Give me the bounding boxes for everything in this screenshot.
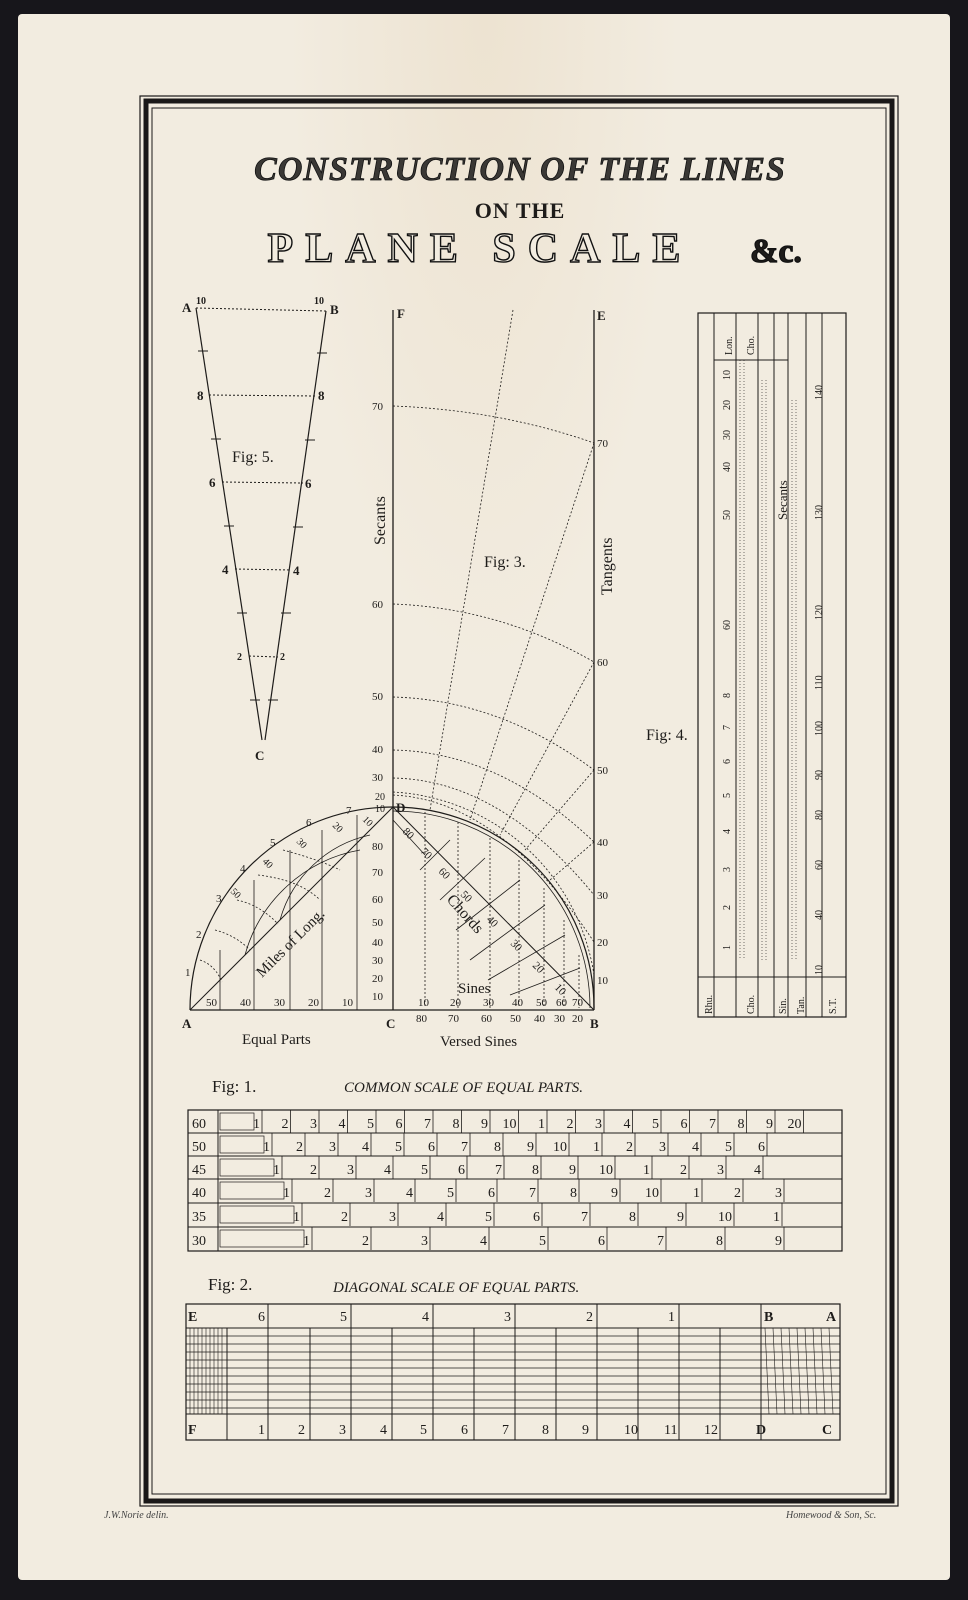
fig1-row-subdivision <box>220 1136 264 1153</box>
fig5-tick: 6 <box>209 475 216 490</box>
fig5-vertex-b: B <box>330 302 339 317</box>
fig1-row-mark: 6 <box>681 1117 688 1132</box>
fig1-row-mark: 1 <box>643 1163 650 1178</box>
fig2-label-a: A <box>826 1310 837 1325</box>
fig5-tick: 2 <box>280 652 285 663</box>
miles-tick: 40 <box>260 856 275 871</box>
chord-tick: 10 <box>552 982 569 999</box>
fig1-row-mark: 7 <box>529 1186 536 1201</box>
fig1-row-mark: 10 <box>718 1210 732 1225</box>
miles-tick: 20 <box>330 820 345 835</box>
fig1-row-scale: 60 <box>192 1117 206 1132</box>
title-line-1: CONSTRUCTION OF THE LINES <box>254 151 786 188</box>
sines-tick: 70 <box>572 997 584 1009</box>
vertical-tick: 70 <box>372 867 384 879</box>
equal-parts-tick: 10 <box>342 997 354 1009</box>
fig1-row-mark: 6 <box>488 1186 495 1201</box>
fig5-tick: 8 <box>197 388 204 403</box>
fig2-bottom-mark: 8 <box>542 1423 549 1438</box>
fig2-caption: DIAGONAL SCALE OF EQUAL PARTS. <box>332 1280 579 1296</box>
fig5-tick: 6 <box>305 476 312 491</box>
fig1-row-mark: 8 <box>494 1140 501 1155</box>
fig4-footer-tan: Tan. <box>796 997 807 1014</box>
fig1-label: Fig: 1. <box>212 1077 256 1096</box>
versed-tick: 30 <box>554 1013 566 1025</box>
fig1-row-scale: 40 <box>192 1186 206 1201</box>
fig1-row-mark: 4 <box>339 1117 346 1132</box>
fig1-row-mark: 8 <box>629 1210 636 1225</box>
fig2-top-mark: 6 <box>258 1310 265 1325</box>
tangent-tick: 60 <box>597 657 609 669</box>
fig4-lon-tick: 50 <box>722 510 733 520</box>
secants-title: Secants <box>372 496 389 545</box>
fig4-lon-tick: 60 <box>722 620 733 630</box>
fig2-bottom-mark: 4 <box>380 1423 387 1438</box>
fig1-row-mark: 6 <box>758 1140 765 1155</box>
fig1-row-mark: 8 <box>570 1186 577 1201</box>
vertical-tick: 50 <box>372 917 384 929</box>
fig4-footer-rhu: Rhu. <box>704 995 715 1014</box>
versed-tick: 50 <box>510 1013 522 1025</box>
fig5-tick: 2 <box>237 652 242 663</box>
fig2-bottom-mark: 5 <box>420 1423 427 1438</box>
miles-of-long-label: Miles of Long. <box>254 906 329 981</box>
fig1-row-mark: 8 <box>532 1163 539 1178</box>
vertical-tick: 10 <box>372 991 384 1003</box>
fig4-footer-sin: Sin. <box>778 998 789 1014</box>
fig2-bottom-mark: 2 <box>298 1423 305 1438</box>
fig4-st-tick: 110 <box>814 675 825 690</box>
fig2-label-c: C <box>822 1423 832 1438</box>
fig5-tick: 4 <box>293 563 300 578</box>
fig1-row-mark: 3 <box>310 1117 317 1132</box>
point-d: D <box>396 800 405 815</box>
fig1-row-mark: 1 <box>593 1140 600 1155</box>
fig1-row-mark: 4 <box>480 1234 487 1249</box>
fig4-lon-tick: 30 <box>722 430 733 440</box>
fig2-top-mark: 3 <box>504 1310 511 1325</box>
fig4-rhumb-tick: 6 <box>722 759 733 764</box>
title-etc: &c. <box>750 233 802 270</box>
fig1-row-subdivision <box>220 1230 304 1247</box>
fig4-st-tick: 120 <box>814 605 825 620</box>
equal-parts-tick: 50 <box>206 997 218 1009</box>
fig1-row-mark: 7 <box>581 1210 588 1225</box>
fig1-row-mark: 2 <box>282 1117 289 1132</box>
rhumb-tick: 2 <box>196 929 202 941</box>
fig5-label: Fig: 5. <box>232 449 274 466</box>
chord-tick: 40 <box>484 914 501 931</box>
fig4-lon-tick: 40 <box>722 462 733 472</box>
fig1-row-mark: 4 <box>406 1186 413 1201</box>
rhumb-tick: 6 <box>306 817 312 829</box>
fig4-st-tick: 90 <box>814 770 825 780</box>
fig4-rhumb-tick: 7 <box>722 725 733 730</box>
fig2-bottom-mark: 10 <box>624 1423 638 1438</box>
fig1-row-mark: 9 <box>569 1163 576 1178</box>
fig1-row-mark: 9 <box>766 1117 773 1132</box>
fig2-label-b: B <box>764 1310 773 1325</box>
fig4-label: Fig: 4. <box>646 727 688 744</box>
fig4-footer-st: S.T. <box>828 998 839 1014</box>
fig2-top-mark: 1 <box>668 1310 675 1325</box>
fig1-row-mark: 1 <box>538 1117 545 1132</box>
sines-tick: 40 <box>512 997 524 1009</box>
fig2-top-mark: 5 <box>340 1310 347 1325</box>
fig2-bottom-mark: 7 <box>502 1423 509 1438</box>
fig1-row-mark: 3 <box>389 1210 396 1225</box>
fig4-rhumb-tick: 5 <box>722 793 733 798</box>
fig1-row-mark: 4 <box>624 1117 631 1132</box>
fig1-row-mark: 2 <box>680 1163 687 1178</box>
fig1-row-mark: 9 <box>775 1234 782 1249</box>
fig1-row-subdivision <box>220 1206 294 1223</box>
fig1-row-mark: 1 <box>263 1140 270 1155</box>
tangents-title: Tangents <box>599 537 616 595</box>
fig2-bottom-mark: 9 <box>582 1423 589 1438</box>
fig1-row-scale: 45 <box>192 1163 206 1178</box>
fig1-row-mark: 3 <box>717 1163 724 1178</box>
fig3-lines <box>190 310 594 1010</box>
fig1-row-mark: 10 <box>503 1117 517 1132</box>
fig1-row-mark: 2 <box>310 1163 317 1178</box>
fig4-labels: Fig: 4. Lon. Cho. Rhu. Cho. Sin. Tan. S.… <box>646 336 839 1014</box>
fig2-header: Fig: 2. DIAGONAL SCALE OF EQUAL PARTS. <box>208 1275 579 1296</box>
chord-tick: 60 <box>436 866 453 883</box>
fig2-top-mark: 2 <box>586 1310 593 1325</box>
fig1-row-mark: 1 <box>773 1210 780 1225</box>
fig2-bottom-mark: 1 <box>258 1423 265 1438</box>
fig2-top-mark: 4 <box>422 1310 429 1325</box>
fig1-row-mark: 2 <box>567 1117 574 1132</box>
fig4-lon-tick: 20 <box>722 400 733 410</box>
fig1-row-mark: 5 <box>725 1140 732 1155</box>
fig1-row-mark: 5 <box>652 1117 659 1132</box>
fig2-label-e: E <box>188 1310 197 1325</box>
fig1-row-mark: 1 <box>693 1186 700 1201</box>
vertical-tick: 80 <box>372 841 384 853</box>
fig1-row-mark: 6 <box>533 1210 540 1225</box>
fig2-labels: E 6 5 4 3 2 1 B A F 1 2 3 4 5 6 7 8 9 10… <box>188 1310 837 1438</box>
fig1-row-mark: 1 <box>253 1117 260 1132</box>
fig5-tick: 4 <box>222 562 229 577</box>
fig4-st-tick: 100 <box>814 721 825 736</box>
fig5-tick: 10 <box>196 296 206 307</box>
fig1-row-mark: 9 <box>481 1117 488 1132</box>
rhumb-tick: 3 <box>216 893 222 905</box>
tangent-tick: 40 <box>597 837 609 849</box>
fig1-row-subdivision <box>220 1159 274 1176</box>
fig5-labels: A B C 10 10 8 8 6 6 4 4 2 2 Fig: 5. <box>182 296 339 763</box>
miles-tick: 30 <box>294 836 309 851</box>
fig2-grid <box>186 1304 840 1440</box>
fig5-vertex-c: C <box>255 748 264 763</box>
sines-tick: 60 <box>556 997 568 1009</box>
fig1-row-mark: 2 <box>324 1186 331 1201</box>
fig1-row-mark: 6 <box>598 1234 605 1249</box>
fig1-row-mark: 9 <box>527 1140 534 1155</box>
fig1-caption: COMMON SCALE OF EQUAL PARTS. <box>344 1080 583 1096</box>
fig1-row-mark: 2 <box>362 1234 369 1249</box>
fig1-row-scale: 30 <box>192 1234 206 1249</box>
fig1-row-mark: 6 <box>396 1117 403 1132</box>
fig1-row-mark: 9 <box>611 1186 618 1201</box>
fig1-row-mark: 4 <box>384 1163 391 1178</box>
fig1-header: Fig: 1. COMMON SCALE OF EQUAL PARTS. <box>212 1077 583 1096</box>
fig1-rows: 6012345678910123456789205012345678910123… <box>192 1110 804 1250</box>
tangent-tick: 20 <box>597 937 609 949</box>
fig4-st-tick: 10 <box>814 965 825 975</box>
vertical-tick: 20 <box>372 973 384 985</box>
plate-title: CONSTRUCTION OF THE LINES ON THE PLANE S… <box>254 151 802 272</box>
fig4-rhumb-tick: 4 <box>722 829 733 834</box>
fig1-row-mark: 7 <box>495 1163 502 1178</box>
fig1-row-mark: 10 <box>599 1163 613 1178</box>
credit-engraver: Homewood & Son, Sc. <box>786 1510 876 1521</box>
versed-tick: 70 <box>448 1013 460 1025</box>
fig3-labels: F E Fig: 3. Secants Tangents 70 60 50 40… <box>182 306 616 1050</box>
versed-sines-label: Versed Sines <box>440 1034 517 1050</box>
vertical-tick: 40 <box>372 937 384 949</box>
fig1-row-mark: 5 <box>539 1234 546 1249</box>
fig5-vertex-a: A <box>182 300 192 315</box>
secant-tick: 20 <box>375 792 385 803</box>
secant-tick: 10 <box>375 804 385 815</box>
fig2-label: Fig: 2. <box>208 1275 252 1294</box>
point-c: C <box>386 1016 395 1031</box>
fig3-label: Fig: 3. <box>484 554 526 571</box>
rhumb-tick: 5 <box>270 837 276 849</box>
versed-tick: 20 <box>572 1013 584 1025</box>
fig3-label-e: E <box>597 308 606 323</box>
tangent-tick: 70 <box>597 438 609 450</box>
title-line-2: ON THE <box>475 198 566 223</box>
fig1-row-mark: 20 <box>788 1117 802 1132</box>
fig1-row-mark: 10 <box>553 1140 567 1155</box>
fig1-row-mark: 5 <box>395 1140 402 1155</box>
tangent-tick: 50 <box>597 765 609 777</box>
title-line-3: PLANE SCALE <box>268 226 693 272</box>
fig1-row-scale: 35 <box>192 1210 206 1225</box>
vertical-tick: 30 <box>372 955 384 967</box>
fig1-row-mark: 3 <box>595 1117 602 1132</box>
fig5-sector <box>196 308 327 740</box>
fig1-row-mark: 8 <box>738 1117 745 1132</box>
fig4-header-cho: Cho. <box>746 336 757 355</box>
fig1-row-mark: 2 <box>734 1186 741 1201</box>
fig1-row-mark: 7 <box>709 1117 716 1132</box>
versed-tick: 60 <box>481 1013 493 1025</box>
point-a: A <box>182 1016 192 1031</box>
fig1-row-mark: 7 <box>424 1117 431 1132</box>
equal-parts-tick: 20 <box>308 997 320 1009</box>
equal-parts-tick: 30 <box>274 997 286 1009</box>
fig4-rhumb-tick: 2 <box>722 905 733 910</box>
fig1-row-scale: 50 <box>192 1140 206 1155</box>
fig1-row-mark: 2 <box>626 1140 633 1155</box>
fig4-header-lon: Lon. <box>724 336 735 355</box>
secant-tick: 30 <box>372 772 384 784</box>
credit-delineator: J.W.Norie delin. <box>104 1510 169 1521</box>
fig1-row-mark: 5 <box>485 1210 492 1225</box>
fig4-rhumb-tick: 8 <box>722 693 733 698</box>
fig1-row-mark: 1 <box>293 1210 300 1225</box>
fig2-label-d: D <box>756 1423 766 1438</box>
fig4-secants-label: Secants <box>775 480 790 520</box>
fig1-row-mark: 3 <box>659 1140 666 1155</box>
fig1-row-mark: 2 <box>341 1210 348 1225</box>
rhumb-tick: 1 <box>185 967 191 979</box>
fig2-bottom-mark: 3 <box>339 1423 346 1438</box>
sines-tick: 30 <box>483 997 495 1009</box>
fig4-rhumb-tick: 3 <box>722 867 733 872</box>
vertical-tick: 60 <box>372 894 384 906</box>
fig1-row-mark: 3 <box>775 1186 782 1201</box>
equal-parts-tick: 40 <box>240 997 252 1009</box>
fig1-row-mark: 1 <box>283 1186 290 1201</box>
fig1-row-mark: 4 <box>362 1140 369 1155</box>
sines-tick: 50 <box>536 997 548 1009</box>
versed-tick: 40 <box>534 1013 546 1025</box>
fig4-lon-tick: 10 <box>722 370 733 380</box>
secant-tick: 40 <box>372 744 384 756</box>
fig1-row-mark: 6 <box>458 1163 465 1178</box>
secant-tick: 60 <box>372 599 384 611</box>
fig1-row-mark: 3 <box>329 1140 336 1155</box>
fig1-row-mark: 10 <box>645 1186 659 1201</box>
fig1-row-mark: 4 <box>754 1163 761 1178</box>
fig1-row-mark: 3 <box>347 1163 354 1178</box>
fig4-st-tick: 40 <box>814 910 825 920</box>
fig1-row-mark: 7 <box>461 1140 468 1155</box>
sines-tick: 20 <box>450 997 462 1009</box>
rhumb-tick: 4 <box>240 863 246 875</box>
fig1-row-mark: 8 <box>716 1234 723 1249</box>
fig1-row-subdivision <box>220 1113 254 1130</box>
sines-tick: 10 <box>418 997 430 1009</box>
fig1-row-mark: 6 <box>428 1140 435 1155</box>
fig1-row-mark: 7 <box>657 1234 664 1249</box>
fig4-footer-cho: Cho. <box>746 995 757 1014</box>
tangent-tick: 10 <box>597 975 609 987</box>
fig1-row-mark: 5 <box>447 1186 454 1201</box>
fig2-bottom-mark: 6 <box>461 1423 468 1438</box>
fig4-st-tick: 140 <box>814 385 825 400</box>
fig1-row-mark: 4 <box>692 1140 699 1155</box>
chord-tick: 30 <box>508 938 525 955</box>
fig1-row-mark: 2 <box>296 1140 303 1155</box>
fig1-row-mark: 1 <box>303 1234 310 1249</box>
tangent-tick: 30 <box>597 890 609 902</box>
fig4-st-tick: 60 <box>814 860 825 870</box>
fig5-tick: 10 <box>314 296 324 307</box>
secant-tick: 70 <box>372 401 384 413</box>
fig1-row-mark: 5 <box>421 1163 428 1178</box>
versed-tick: 80 <box>416 1013 428 1025</box>
fig1-row-mark: 3 <box>365 1186 372 1201</box>
fig1-row-mark: 1 <box>273 1163 280 1178</box>
fig2-bottom-mark: 11 <box>664 1423 677 1438</box>
chord-tick: 70 <box>418 846 435 863</box>
fig4-st-tick: 80 <box>814 810 825 820</box>
fig5-tick: 8 <box>318 388 325 403</box>
fig4-rhumb-tick: 1 <box>722 945 733 950</box>
fig3-label-f: F <box>397 306 405 321</box>
sines-label: Sines <box>458 981 491 997</box>
fig1-row-mark: 3 <box>421 1234 428 1249</box>
equal-parts-label: Equal Parts <box>242 1032 311 1048</box>
rhumb-tick: 7 <box>346 805 352 817</box>
point-b: B <box>590 1016 599 1031</box>
fig1-row-mark: 4 <box>437 1210 444 1225</box>
fig2-bottom-mark: 12 <box>704 1423 718 1438</box>
fig1-row-subdivision <box>220 1182 284 1199</box>
secant-tick: 50 <box>372 691 384 703</box>
fig1-row-mark: 9 <box>677 1210 684 1225</box>
fig1-row-mark: 8 <box>453 1117 460 1132</box>
fig1-row-mark: 5 <box>367 1117 374 1132</box>
fig2-label-f: F <box>188 1423 197 1438</box>
fig4-st-tick: 130 <box>814 505 825 520</box>
engraving-plate: CONSTRUCTION OF THE LINES ON THE PLANE S… <box>0 0 968 1600</box>
